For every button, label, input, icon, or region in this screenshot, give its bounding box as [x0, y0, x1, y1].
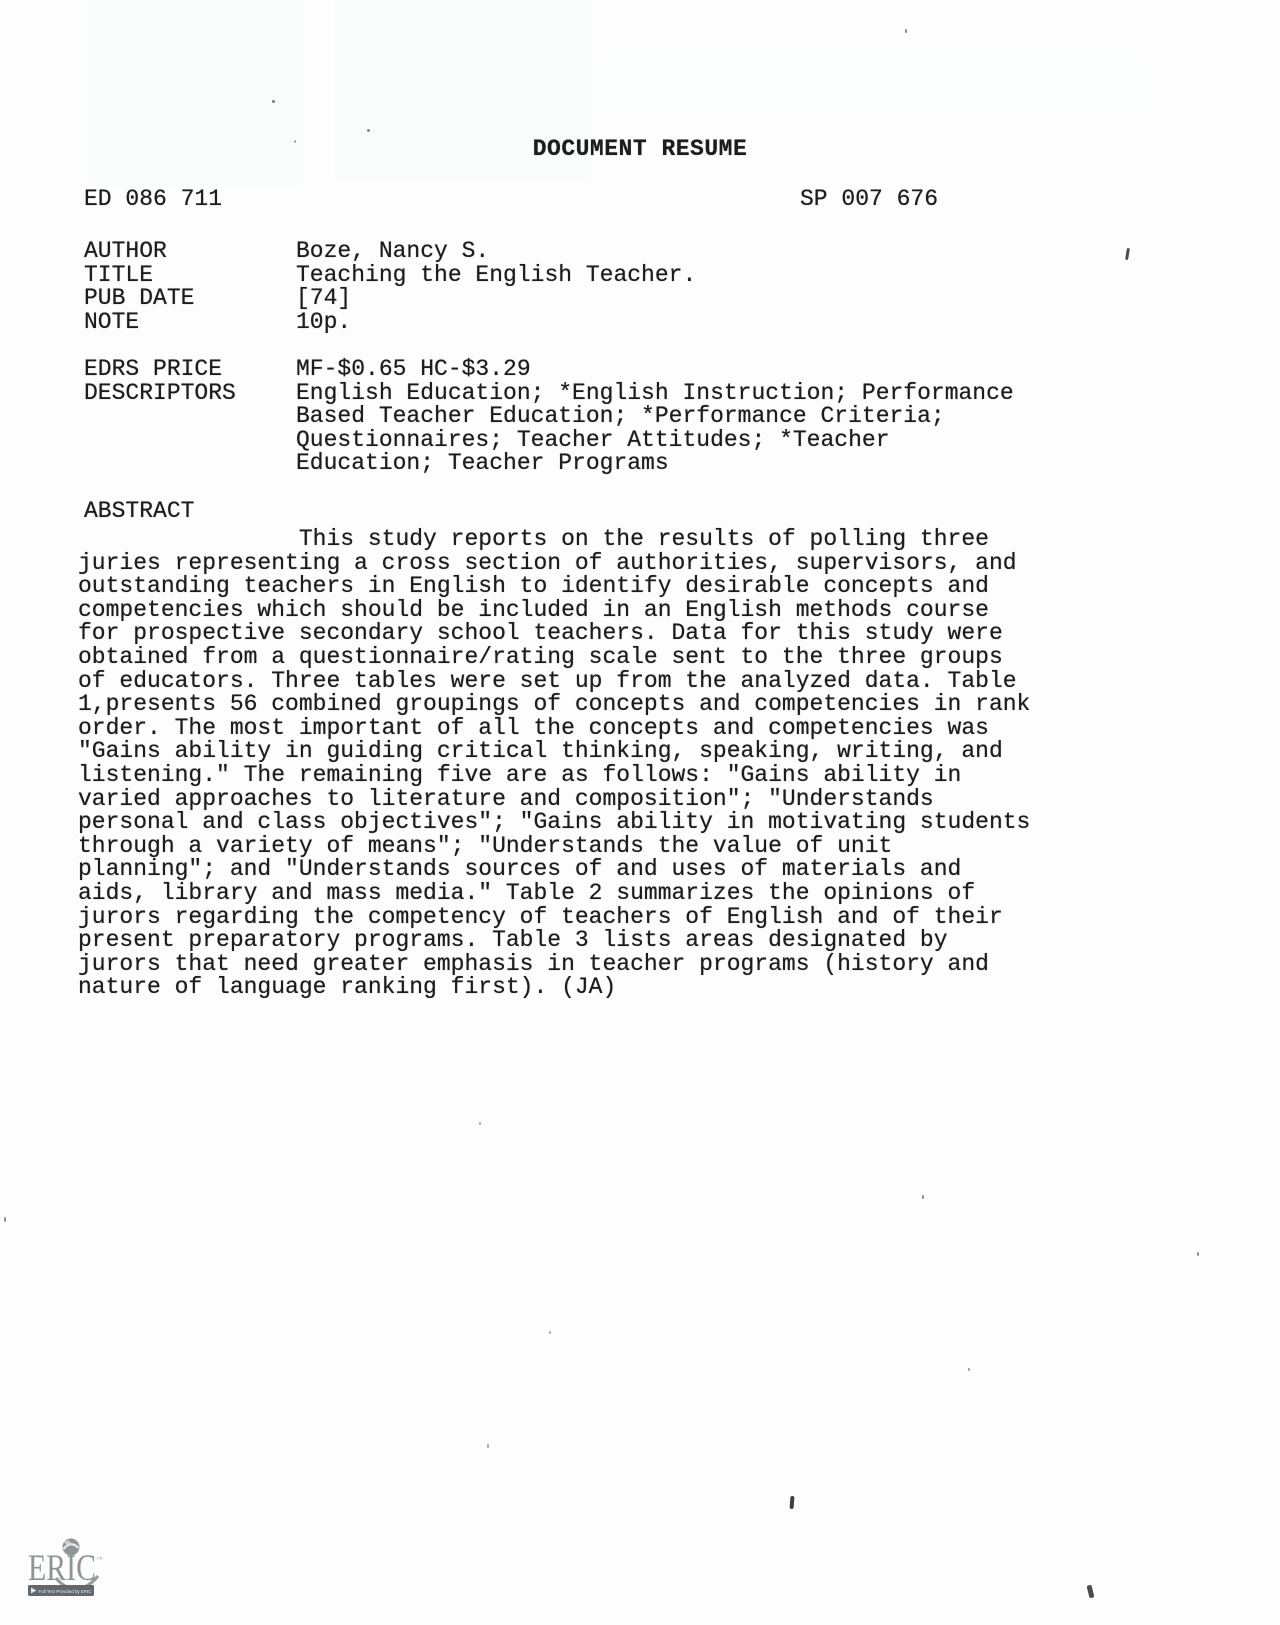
- metadata-row-edrs-price: EDRS PRICE MF-$0.65 HC-$3.29: [84, 358, 1014, 382]
- field-label-edrs-price: EDRS PRICE: [84, 358, 296, 382]
- metadata-row-title: TITLE Teaching the English Teacher.: [84, 264, 1014, 288]
- scan-speck: [479, 1122, 481, 1125]
- scan-speck: [272, 100, 275, 103]
- field-label-author: AUTHOR: [84, 240, 296, 264]
- scan-speck: [968, 1368, 970, 1371]
- field-value-title: Teaching the English Teacher.: [296, 264, 696, 288]
- scan-speck: [1087, 1585, 1095, 1599]
- scan-speck: [4, 1217, 6, 1222]
- field-value-author: Boze, Nancy S.: [296, 240, 489, 264]
- field-value-note: 10p.: [296, 311, 351, 335]
- scan-speck: [367, 129, 370, 132]
- scanned-document-page: DOCUMENT RESUME ED 086 711 SP 007 676 AU…: [0, 0, 1280, 1625]
- scan-speck: [487, 1444, 489, 1448]
- scan-speck: [294, 140, 296, 143]
- document-resume-title: DOCUMENT RESUME: [0, 136, 1280, 162]
- metadata-row-pubdate: PUB DATE [74]: [84, 287, 1014, 311]
- field-label-note: NOTE: [84, 311, 296, 335]
- metadata-row-descriptors: DESCRIPTORS English Education; *English …: [84, 382, 1014, 476]
- scan-speck: [905, 29, 907, 33]
- scan-speck: [549, 1331, 551, 1334]
- metadata-spacer: [84, 334, 1014, 358]
- field-label-pubdate: PUB DATE: [84, 287, 296, 311]
- metadata-row-author: AUTHOR Boze, Nancy S.: [84, 240, 1014, 264]
- eric-trademark: ™: [97, 1556, 104, 1563]
- field-label-title: TITLE: [84, 264, 296, 288]
- scan-speck: [790, 1496, 795, 1509]
- field-value-descriptors: English Education; *English Instruction;…: [296, 382, 1014, 476]
- eric-banner-tagline: Full Text Provided by ERIC: [39, 1589, 92, 1595]
- scan-shadow: [598, 55, 1143, 113]
- field-label-descriptors: DESCRIPTORS: [84, 382, 296, 476]
- metadata-row-note: NOTE 10p.: [84, 311, 1014, 335]
- scan-speck: [1197, 1252, 1199, 1256]
- ed-number: ED 086 711: [84, 188, 222, 212]
- abstract-label: ABSTRACT: [84, 500, 194, 524]
- scan-speck: [1125, 248, 1130, 260]
- eric-logo: ERIC ™ Full Text Provided by ERIC: [24, 1498, 134, 1598]
- field-value-edrs-price: MF-$0.65 HC-$3.29: [296, 358, 531, 382]
- scan-speck: [922, 1195, 924, 1199]
- clearinghouse-number: SP 007 676: [800, 188, 938, 212]
- abstract-text: This study reports on the results of pol…: [78, 528, 1030, 1000]
- field-value-pubdate: [74]: [296, 287, 351, 311]
- metadata-table: AUTHOR Boze, Nancy S. TITLE Teaching the…: [84, 240, 1014, 476]
- eric-banner: Full Text Provided by ERIC: [28, 1585, 94, 1596]
